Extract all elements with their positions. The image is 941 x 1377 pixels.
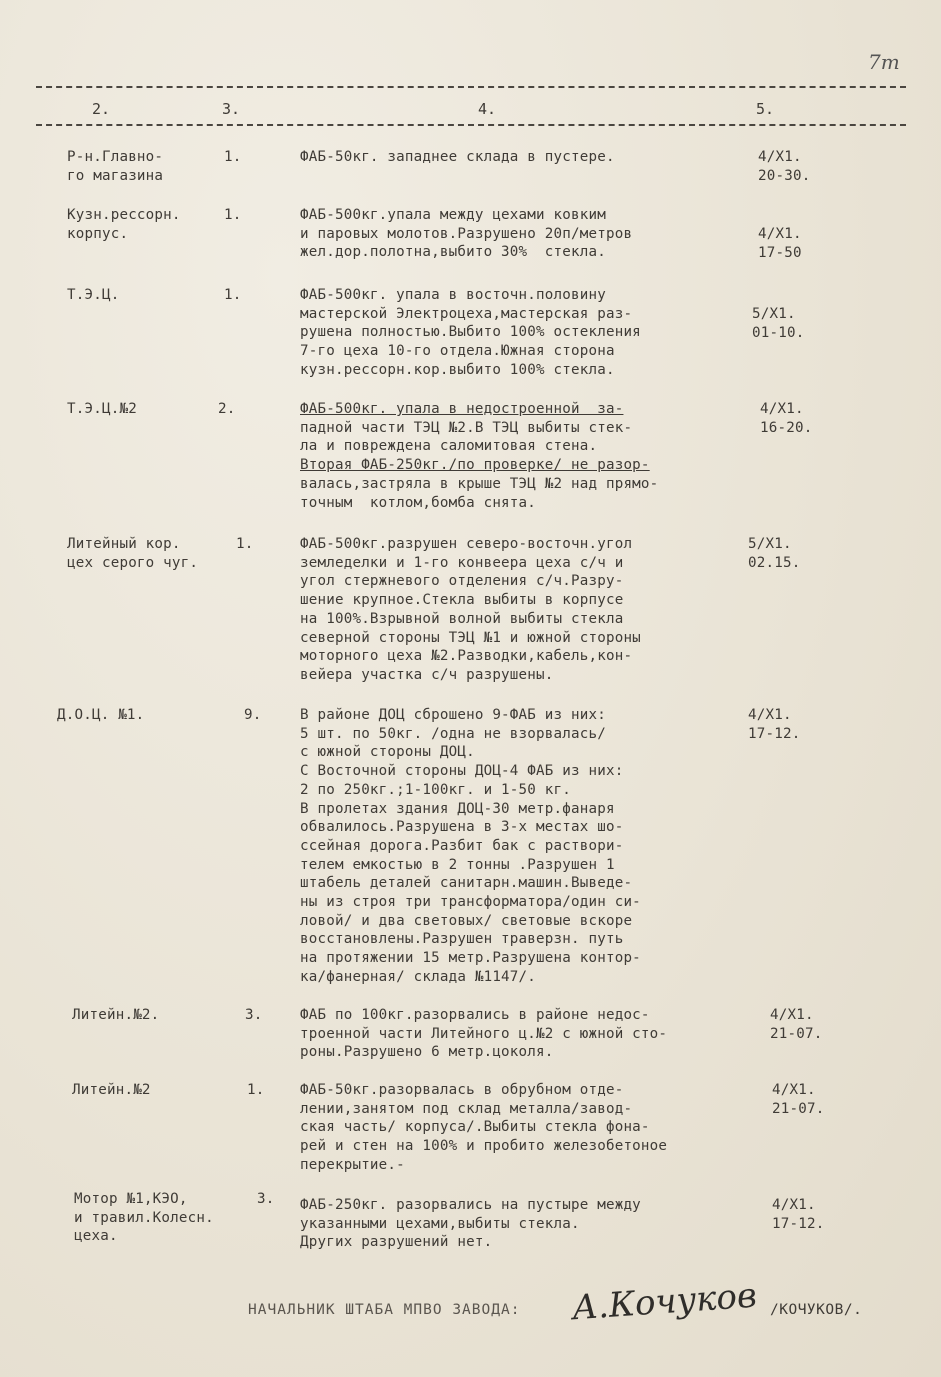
time-cell: 5/X1.01-10. xyxy=(752,305,804,342)
location-cell: Литейный кор.цех серого чуг. xyxy=(67,535,198,572)
signature: А.Кочуков xyxy=(571,1276,758,1329)
location-cell: Р-н.Главно-го магазина xyxy=(67,148,163,185)
time-cell: 4/X1.17-12. xyxy=(748,706,800,743)
time-cell: 4/X1.16-20. xyxy=(760,400,812,437)
header-top-rule xyxy=(36,86,906,88)
description-cell: ФАБ-50кг.разорвалась в обрубном отде-лен… xyxy=(300,1081,667,1175)
time-cell: 5/X1.02.15. xyxy=(748,535,800,572)
count-cell: 1. xyxy=(224,148,241,167)
time-cell: 4/X1.17-50 xyxy=(758,225,802,262)
description-cell: ФАБ-500кг.разрушен северо-восточн.уголзе… xyxy=(300,535,641,685)
count-cell: 1. xyxy=(224,286,241,305)
page-number: 7т xyxy=(868,50,900,74)
description-cell: ФАБ-50кг. западнее склада в пустере. xyxy=(300,148,615,167)
footer-title: НАЧАЛЬНИК ШТАБА МПВО ЗАВОДА: xyxy=(248,1302,520,1318)
description-cell: В районе ДОЦ сброшено 9-ФАБ из них:5 шт.… xyxy=(300,706,641,987)
description-cell: ФАБ-500кг.упала между цехами ковкими пар… xyxy=(300,206,632,262)
header-bottom-rule xyxy=(36,124,906,126)
count-cell: 1. xyxy=(224,206,241,225)
description-cell: ФАБ-500кг. упала в недостроенной за-падн… xyxy=(300,400,658,512)
signatory-name: /КОЧУКОВ/. xyxy=(770,1302,862,1318)
location-cell: Литейн.№2. xyxy=(72,1006,159,1025)
column-header-4: 4. xyxy=(478,100,496,118)
time-cell: 4/X1.21-07. xyxy=(772,1081,824,1118)
time-cell: 4/X1.17-12. xyxy=(772,1196,824,1233)
column-header-3: 3. xyxy=(222,100,240,118)
description-cell: ФАБ-250кг. разорвались на пустыре междуу… xyxy=(300,1196,641,1252)
description-cell: ФАБ по 100кг.разорвались в районе недос-… xyxy=(300,1006,667,1062)
time-cell: 4/X1.20-30. xyxy=(758,148,810,185)
count-cell: 9. xyxy=(244,706,261,725)
count-cell: 3. xyxy=(257,1190,274,1209)
location-cell: Д.О.Ц. №1. xyxy=(57,706,144,725)
column-header-2: 2. xyxy=(92,100,110,118)
location-cell: Кузн.рессорн.корпус. xyxy=(67,206,181,243)
location-cell: Т.Э.Ц.№2 xyxy=(67,400,137,419)
location-cell: Литейн.№2 xyxy=(72,1081,151,1100)
location-cell: Мотор №1,КЭО,и травил.Колесн.цеха. xyxy=(74,1190,214,1246)
count-cell: 1. xyxy=(236,535,253,554)
count-cell: 3. xyxy=(245,1006,262,1025)
location-cell: Т.Э.Ц. xyxy=(67,286,119,305)
description-cell: ФАБ-500кг. упала в восточн.половинумасте… xyxy=(300,286,641,380)
count-cell: 2. xyxy=(218,400,235,419)
count-cell: 1. xyxy=(247,1081,264,1100)
column-header-5: 5. xyxy=(756,100,774,118)
time-cell: 4/X1.21-07. xyxy=(770,1006,822,1043)
